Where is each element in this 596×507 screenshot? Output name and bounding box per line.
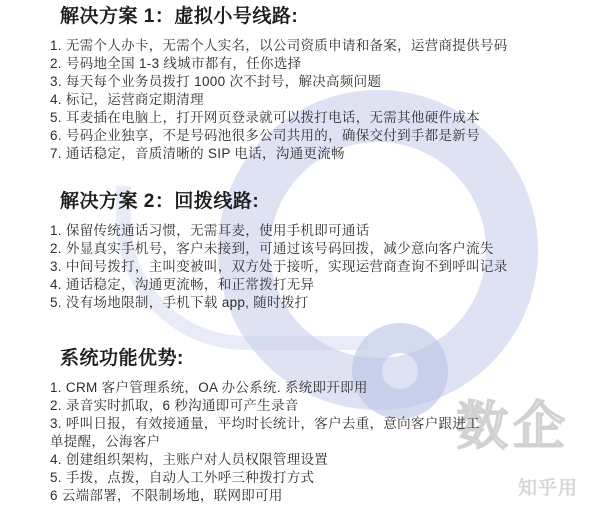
list-item: 4. 标记，运营商定期清理 (50, 91, 596, 109)
list-item: 2. 外显真实手机号，客户未接到，可通过该号码回拨，减少意向客户流失 (50, 240, 596, 258)
section-1-list: 1. 无需个人办卡，无需个人实名，以公司资质申请和备案，运营商提供号码 2. 号… (50, 37, 596, 163)
list-item: 4. 创建组织架构，主账户对人员权限管理设置 (50, 451, 596, 469)
list-item: 2. 录音实时抓取，6 秒沟通即可产生录音 (50, 397, 596, 415)
section-3-list: 1. CRM 客户管理系统，OA 办公系统. 系统即开即用 2. 录音实时抓取，… (50, 379, 596, 505)
list-item: 1. CRM 客户管理系统，OA 办公系统. 系统即开即用 (50, 379, 596, 397)
list-item: 1. 无需个人办卡，无需个人实名，以公司资质申请和备案，运营商提供号码 (50, 37, 596, 55)
list-item: 6 云端部署，不限制场地，联网即可用 (50, 487, 596, 505)
section-solution-2: 解决方案 2：回拨线路: 1. 保留传统通话习惯，无需耳麦，使用手机即可通话 2… (0, 191, 596, 312)
section-system-advantages: 系统功能优势: 1. CRM 客户管理系统，OA 办公系统. 系统即开即用 2.… (0, 348, 596, 505)
section-3-title: 系统功能优势: (60, 348, 596, 370)
list-item: 3. 每天每个业务员拨打 1000 次不封号，解决高频问题 (50, 73, 596, 91)
section-2-title: 解决方案 2：回拨线路: (60, 191, 596, 213)
list-item: 1. 保留传统通话习惯，无需耳麦，使用手机即可通话 (50, 222, 596, 240)
list-item: 5. 耳麦插在电脑上，打开网页登录就可以拨打电话，无需其他硬件成本 (50, 109, 596, 127)
article-page: 数企 知乎用 解决方案 1：虚拟小号线路: 1. 无需个人办卡，无需个人实名，以… (0, 0, 596, 507)
list-item: 3. 呼叫日报，有效接通量，平均时长统计，客户去重，意向客户跟进工单提醒，公海客… (50, 415, 488, 451)
section-2-list: 1. 保留传统通话习惯，无需耳麦，使用手机即可通话 2. 外显真实手机号，客户未… (50, 222, 596, 312)
list-item: 4. 通话稳定，沟通更流畅，和正常拨打无异 (50, 276, 596, 294)
list-item: 7. 通话稳定，音质清晰的 SIP 电话，沟通更流畅 (50, 145, 596, 163)
list-item: 5. 没有场地限制，手机下载 app, 随时拨打 (50, 294, 596, 312)
section-1-title: 解决方案 1：虚拟小号线路: (60, 6, 596, 28)
article-content: 解决方案 1：虚拟小号线路: 1. 无需个人办卡，无需个人实名，以公司资质申请和… (0, 0, 596, 505)
list-item: 5. 手拨，点拨，自动人工外呼三种拨打方式 (50, 469, 596, 487)
list-item: 2. 号码地全国 1-3 线城市都有，任你选择 (50, 55, 596, 73)
list-item: 6. 号码企业独享，不是号码池很多公司共用的，确保交付到手都是新号 (50, 127, 596, 145)
section-solution-1: 解决方案 1：虚拟小号线路: 1. 无需个人办卡，无需个人实名，以公司资质申请和… (0, 6, 596, 163)
list-item: 3. 中间号拨打，主叫变被叫，双方处于接听，实现运营商查询不到呼叫记录 (50, 258, 596, 276)
